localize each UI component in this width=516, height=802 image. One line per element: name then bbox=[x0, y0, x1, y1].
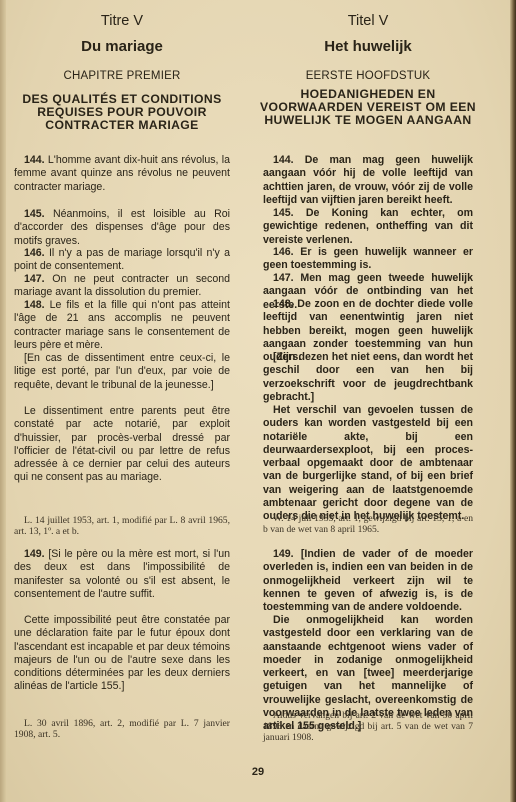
article-145-fr: 145. Néanmoins, il est loisible au Roi d… bbox=[14, 208, 230, 248]
dutch-heading: HOEDANIGHEDEN EN VOORWAARDEN VEREIST OM … bbox=[257, 88, 479, 128]
page-number: 29 bbox=[0, 766, 516, 778]
dutch-note-2: Aldus vervangen bij art. 2 van de wet va… bbox=[263, 710, 473, 743]
article-148-fr-para-2: [En cas de dissentiment entre ceux-ci, l… bbox=[14, 352, 230, 392]
article-146-fr: 146. Il n'y a pas de mariage lorsqu'il n… bbox=[14, 247, 230, 274]
dutch-title: Titel V bbox=[263, 13, 473, 29]
dutch-chapter: EERSTE HOOFDSTUK bbox=[263, 70, 473, 82]
article-144-fr: 144. L'homme avant dix-huit ans révolus,… bbox=[14, 154, 230, 194]
french-chapter: CHAPITRE PREMIER bbox=[14, 70, 230, 82]
article-149-fr-para-2: Cette impossibilité peut être constatée … bbox=[14, 614, 230, 694]
article-145-nl: 145. De Koning kan echter, om gewichtige… bbox=[263, 207, 473, 247]
article-148-fr: 148. Le fils et la fille qui n'ont pas a… bbox=[14, 299, 230, 352]
dutch-subtitle: Het huwelijk bbox=[263, 38, 473, 55]
french-note-2: L. 30 avril 1896, art. 2, modifié par L.… bbox=[14, 718, 230, 740]
page-binding-edge bbox=[0, 0, 6, 802]
article-148-fr-para-3: Le dissentiment entre parents peut être … bbox=[14, 405, 230, 485]
article-148-nl-para-3: Het verschil van gevoelen tussen de oude… bbox=[263, 404, 473, 524]
french-note-1: L. 14 juillet 1953, art. 1, modifié par … bbox=[14, 515, 230, 537]
french-heading: DES QUALITÉS ET CONDITIONS REQUISES POUR… bbox=[8, 93, 236, 133]
article-146-nl: 146. Er is geen huwelijk wanneer er geen… bbox=[263, 246, 473, 273]
article-147-fr: 147. On ne peut contracter un second mar… bbox=[14, 273, 230, 300]
article-148-nl-para-2: [Zijn dezen het niet eens, dan wordt het… bbox=[263, 351, 473, 404]
article-149-fr: 149. [Si le père ou la mère est mort, si… bbox=[14, 548, 230, 601]
dutch-note-1: W. 14 juli 1953, art. 1, gewijzigd bij a… bbox=[263, 513, 473, 535]
page-right-edge bbox=[510, 0, 516, 802]
french-title: Titre V bbox=[14, 13, 230, 29]
article-149-nl: 149. [Indien de vader of de moeder overl… bbox=[263, 548, 473, 614]
article-144-nl: 144. De man mag geen huwelijk aangaan vó… bbox=[263, 154, 473, 207]
french-subtitle: Du mariage bbox=[14, 38, 230, 55]
book-page: Titre V Du mariage CHAPITRE PREMIER DES … bbox=[0, 0, 516, 802]
